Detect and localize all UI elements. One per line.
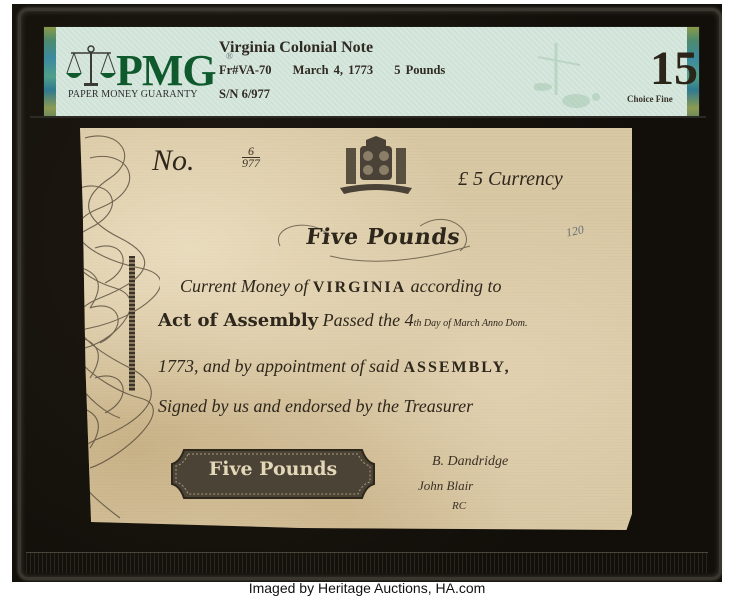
note-info: Virginia Colonial Note Fr#VA-70 March 4,… [219, 39, 461, 102]
signature-initials: RC [452, 500, 466, 512]
text-line-3: 1773, and by appointment of said ASSEMBL… [158, 356, 511, 377]
text-line-4: Signed by us and endorsed by the Treasur… [158, 396, 473, 417]
coat-of-arms-icon [338, 136, 414, 198]
serial-bottom: 977 [242, 156, 260, 170]
vertical-ornament-strip [129, 256, 135, 391]
signature-blair: John Blair [418, 478, 473, 494]
text-line-1: Current Money of VIRGINIA according to [180, 276, 501, 297]
image-credit: Imaged by Heritage Auctions, HA.com [0, 580, 734, 596]
text-line-2: Act of Assembly Passed the 4th Day of Ma… [158, 310, 528, 331]
virginia-word: VIRGINIA [313, 279, 406, 296]
cartouche-label: Five Pounds [170, 458, 376, 480]
slab-bottom-edge [26, 552, 708, 573]
pmg-subtitle: PAPER MONEY GUARANTY [68, 89, 198, 100]
grading-label: PMG ® PAPER MONEY GUARANTY Virginia Colo… [43, 26, 700, 118]
hologram-strip-left [44, 27, 56, 117]
note-serial: 6 977 [242, 146, 260, 169]
signature-dandridge: B. Dandridge [432, 454, 508, 470]
denomination: 5 Pounds [394, 63, 445, 77]
pmg-wordmark: PMG [116, 47, 216, 95]
note-title-five-pounds: Five Pounds [304, 224, 462, 250]
currency-amount: £ 5 Currency [458, 168, 563, 191]
scales-watermark-icon [534, 35, 614, 113]
banknote: No. 6 977 £ 5 Currency 120 Five Pounds C… [80, 128, 632, 530]
calligraphic-flourish-border [80, 128, 160, 530]
act-of-assembly: Act of Assembly [158, 310, 318, 331]
number-mark: No. [152, 144, 195, 178]
grade-description: Choice Fine [627, 94, 673, 104]
pencil-notation: 120 [565, 222, 586, 240]
serial-number: S/N 6/977 [219, 87, 461, 102]
note-details: Fr#VA-70 March 4, 1773 5 Pounds [219, 63, 461, 78]
catalog-number: Fr#VA-70 [219, 63, 272, 77]
note-date: March 4, 1773 [293, 63, 374, 77]
pmg-logo: PMG ® [66, 41, 226, 91]
scales-icon [66, 43, 116, 91]
assembly-word: ASSEMBLY, [404, 359, 511, 376]
note-title: Virginia Colonial Note [219, 39, 461, 57]
grade-number: 15 [650, 45, 698, 93]
